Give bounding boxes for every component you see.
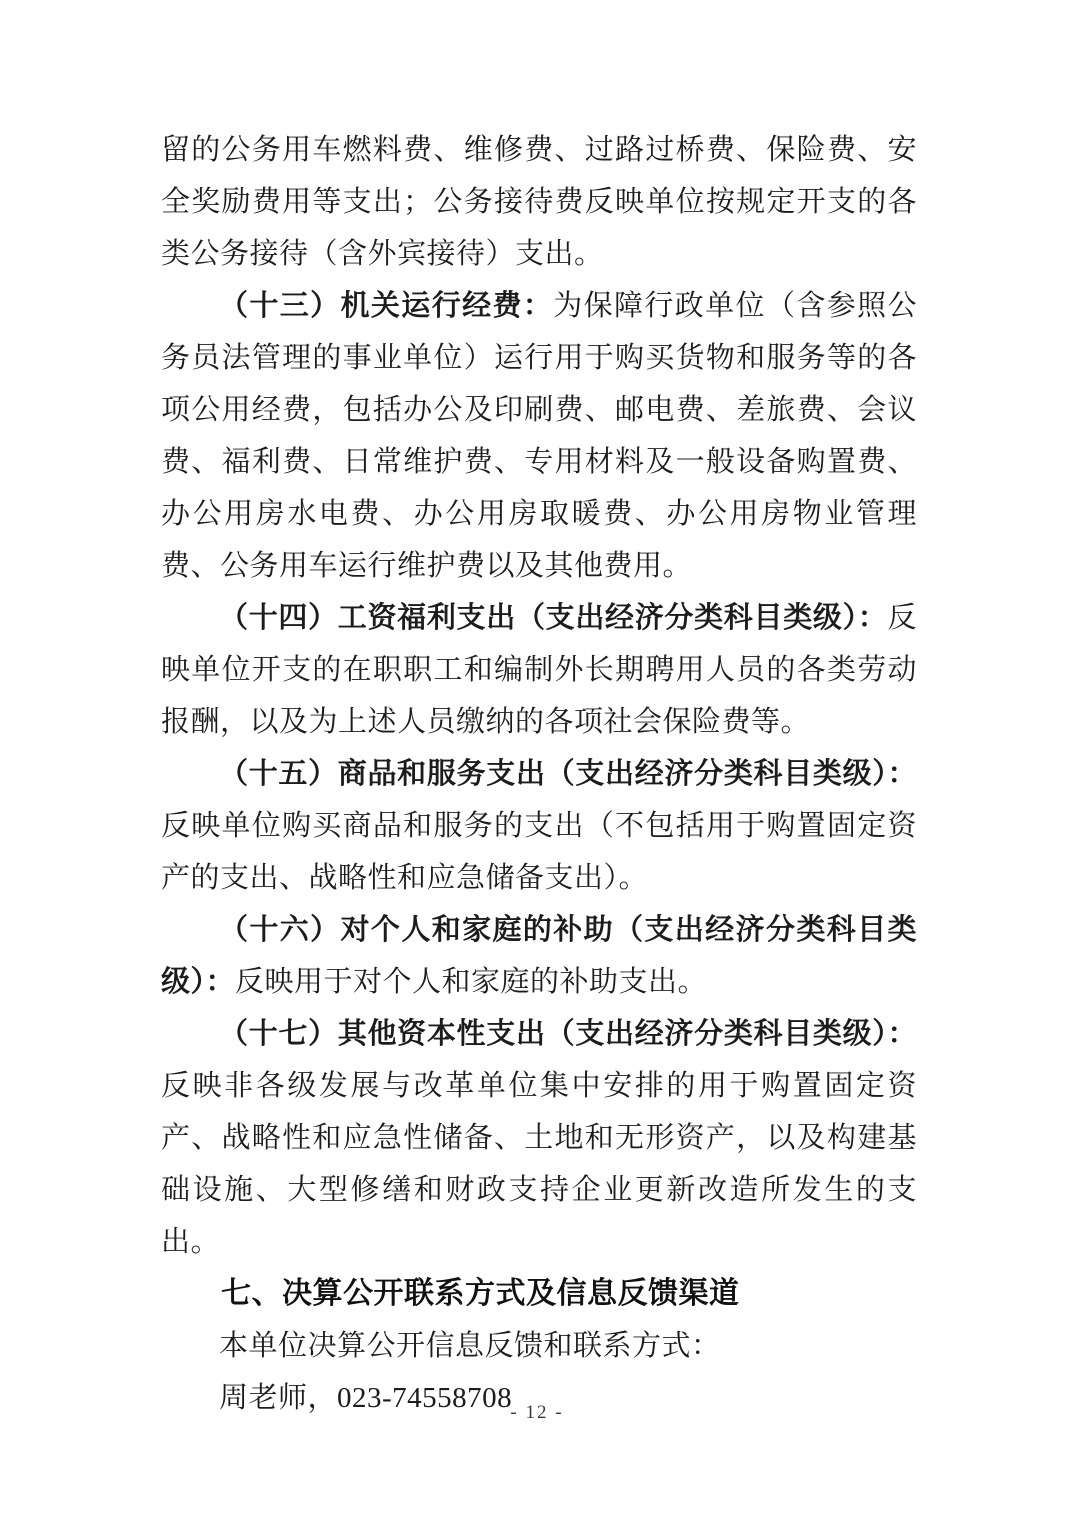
paragraph-continuation-text: 留的公务用车燃料费、维修费、过路过桥费、保险费、安全奖励费用等支出；公务接待费反… [161, 134, 917, 270]
paragraph-item-17-text: 反映非各级发展与改革单位集中安排的用于购置固定资产、战略性和应急性储备、土地和无… [161, 1070, 917, 1258]
paragraph-item-16: （十六）对个人和家庭的补助（支出经济分类科目类级）：反映用于对个人和家庭的补助支… [161, 904, 917, 1008]
paragraph-item-14: （十四）工资福利支出（支出经济分类科目类级）：反映单位开支的在职职工和编制外长期… [161, 592, 917, 748]
paragraph-item-13-lead: （十三）机关运行经费： [219, 290, 553, 322]
paragraph-continuation: 留的公务用车燃料费、维修费、过路过桥费、保险费、安全奖励费用等支出；公务接待费反… [161, 124, 917, 280]
section-heading: 七、决算公开联系方式及信息反馈渠道 [161, 1268, 917, 1320]
document-page: 留的公务用车燃料费、维修费、过路过桥费、保险费、安全奖励费用等支出；公务接待费反… [0, 0, 1074, 1520]
paragraph-item-16-text: 反映用于对个人和家庭的补助支出。 [235, 966, 707, 998]
paragraph-item-13: （十三）机关运行经费：为保障行政单位（含参照公务员法管理的事业单位）运行用于购买… [161, 280, 917, 592]
paragraph-item-17-lead: （十七）其他资本性支出（支出经济分类科目类级）： [219, 1018, 917, 1050]
contact-intro-text: 本单位决算公开信息反馈和联系方式： [219, 1330, 721, 1362]
contact-intro-line: 本单位决算公开信息反馈和联系方式： [161, 1320, 917, 1372]
page-footer: - 12 - [0, 1402, 1074, 1424]
paragraph-item-15-lead: （十五）商品和服务支出（支出经济分类科目类级）： [219, 758, 917, 790]
paragraph-item-14-lead: （十四）工资福利支出（支出经济分类科目类级）： [219, 602, 887, 634]
paragraph-item-15-text: 反映单位购买商品和服务的支出（不包括用于购置固定资产的支出、战略性和应急储备支出… [161, 810, 917, 894]
page-number: - 12 - [510, 1402, 563, 1423]
paragraph-item-13-text: 为保障行政单位（含参照公务员法管理的事业单位）运行用于购买货物和服务等的各项公用… [161, 290, 917, 582]
paragraph-item-17: （十七）其他资本性支出（支出经济分类科目类级）：反映非各级发展与改革单位集中安排… [161, 1008, 917, 1268]
page-content: 留的公务用车燃料费、维修费、过路过桥费、保险费、安全奖励费用等支出；公务接待费反… [161, 124, 917, 1424]
paragraph-item-15: （十五）商品和服务支出（支出经济分类科目类级）：反映单位购买商品和服务的支出（不… [161, 748, 917, 904]
